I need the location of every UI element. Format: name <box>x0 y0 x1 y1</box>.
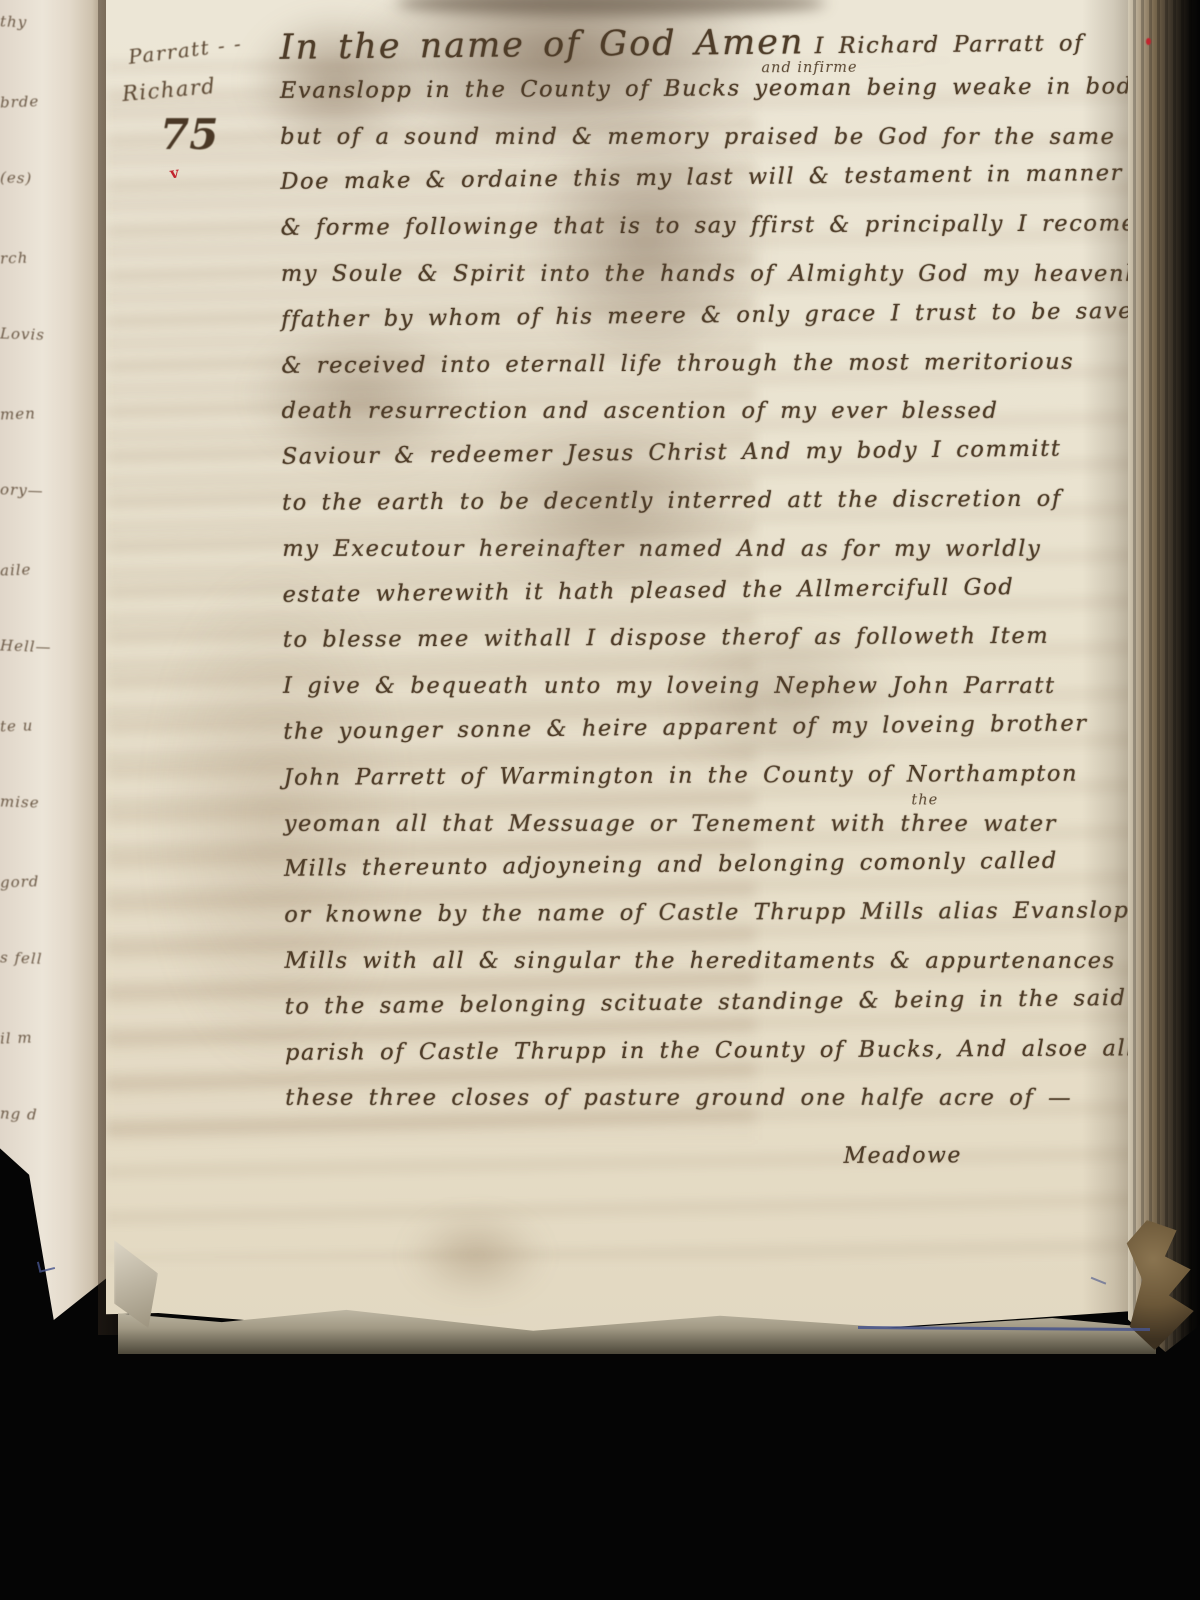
facing-page-text-fragment: il m <box>0 1026 92 1047</box>
facing-page-text-fragment: te u <box>0 714 92 735</box>
facing-page-text-fragment: rch <box>0 246 92 267</box>
interline-insertion: the <box>911 792 938 808</box>
facing-page-text-fragment: Lovis <box>0 324 92 345</box>
manuscript-line: Mills with all & singular the hereditame… <box>284 948 1152 974</box>
manuscript-line: the younger sonne & heire apparent of my… <box>283 710 1152 745</box>
manuscript-line: to blesse mee withall I dispose therof a… <box>283 623 1152 654</box>
facing-page-text-fragment: gord <box>0 870 92 891</box>
manuscript-line: my Executour hereinafter named And as fo… <box>282 536 1152 562</box>
manuscript-line: ffather by whom of his meere & only grac… <box>281 297 1152 332</box>
facing-page-text-fragment: (es) <box>0 168 92 189</box>
facing-page-text-fragment: men <box>0 402 92 423</box>
interline-insertion: and infirme <box>761 60 857 77</box>
book-binding-edge <box>1128 0 1200 1352</box>
manuscript-line: yeoman all that Messuage or Tenement wit… <box>284 810 1152 836</box>
manuscript-line: to the same belonging scituate standinge… <box>285 984 1152 1019</box>
manuscript-line: & forme followinge that is to say ffirst… <box>281 210 1152 241</box>
facing-page-text-fragment: aile <box>0 558 92 579</box>
manuscript-line: Doe make & ordaine this my last will & t… <box>280 160 1152 195</box>
manuscript-line: estate wherewith it hath pleased the All… <box>282 572 1152 607</box>
facing-page-text-fragment: s fell <box>0 948 92 969</box>
manuscript-line: parish of Castle Thrupp in the County of… <box>285 1035 1152 1066</box>
facing-page-text-fragment: ng d <box>0 1104 92 1125</box>
facing-page-text-fragment: mise <box>0 792 92 813</box>
manuscript-line: my Soule & Spirit into the hands of Almi… <box>281 261 1152 287</box>
manuscript-line: Saviour & redeemer Jesus Christ And my b… <box>282 435 1152 470</box>
manuscript-line: Evanslopp in the County of Bucks yeoman … <box>280 73 1152 104</box>
facing-page-text-fragment: thy <box>0 12 92 33</box>
manuscript-line: I give & bequeath unto my loveing Nephew… <box>283 673 1152 699</box>
handwriting-text-layer: In the name of God AmenI Richard Parratt… <box>106 0 1152 1348</box>
manuscript-line: Mills thereunto adjoyneing and belonging… <box>284 847 1152 882</box>
facing-page-text-fragment: ory— <box>0 480 92 501</box>
manuscript-page: Parratt - - Richard 75 v In the name of … <box>106 0 1152 1348</box>
manuscript-line: & received into eternall life through th… <box>281 348 1152 379</box>
manuscript-line: these three closes of pasture ground one… <box>285 1085 1152 1111</box>
manuscript-line: John Parrett of Warmington in the County… <box>283 760 1152 791</box>
opening-invocation: In the name of God Amen <box>280 22 805 67</box>
manuscript-line-text: I Richard Parratt of <box>814 30 1084 59</box>
manuscript-line: or knowne by the name of Castle Thrupp M… <box>284 897 1152 928</box>
facing-page-text-fragment: brde <box>0 90 92 111</box>
catchword: Meadowe <box>843 1143 961 1169</box>
manuscript-line: but of a sound mind & memory praised be … <box>280 123 1152 149</box>
manuscript-photo: thybrde(es)rchLovismenory—aileHell—te um… <box>0 0 1200 1600</box>
facing-page-edge: thybrde(es)rchLovismenory—aileHell—te um… <box>0 0 112 1320</box>
manuscript-line: In the name of God AmenI Richard Parratt… <box>280 19 1152 68</box>
red-speck <box>1146 38 1151 45</box>
manuscript-line: death resurrection and ascention of my e… <box>282 398 1152 424</box>
facing-page-text-fragment: Hell— <box>0 636 92 657</box>
manuscript-line: to the earth to be decently interred att… <box>282 485 1152 516</box>
